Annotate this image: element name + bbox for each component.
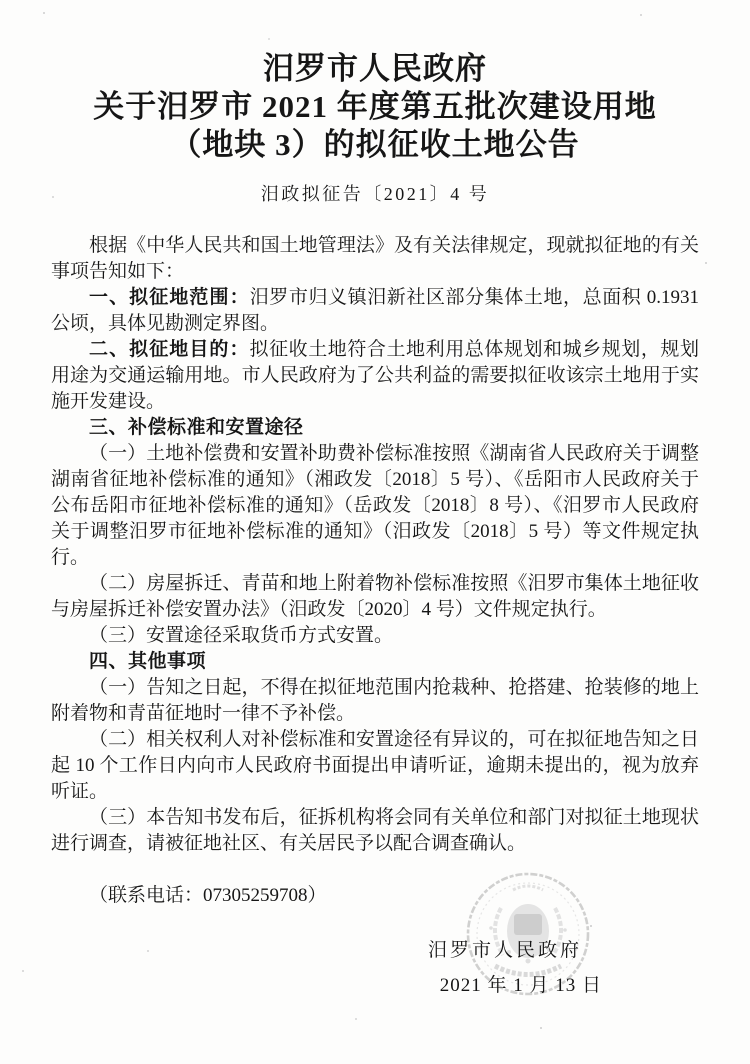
body-paragraph: （三）安置途径采取货币方式安置。	[51, 623, 699, 649]
body-paragraph: 四、其他事项	[51, 649, 699, 675]
paragraph-text: （三）安置途径采取货币方式安置。	[89, 625, 393, 646]
signature-block: 汨罗市人民政府 2021 年 1 月 13 日	[0, 933, 750, 1003]
paragraph-lead: 四、其他事项	[89, 651, 206, 672]
body-paragraph: 一、拟征地范围：汨罗市归义镇汨新社区部分集体土地，总面积 0.1931 公顷，具…	[51, 285, 699, 337]
body-paragraph: 根据《中华人民共和国土地管理法》及有关法律规定，现就拟征地的有关事项告知如下：	[51, 233, 699, 285]
title-line-3: （地块 3）的拟征收土地公告	[0, 126, 750, 164]
document-body: 根据《中华人民共和国土地管理法》及有关法律规定，现就拟征地的有关事项告知如下：一…	[51, 233, 699, 857]
title-line-1: 汨罗市人民政府	[0, 50, 750, 88]
paragraph-lead: 三、补偿标准和安置途径	[89, 417, 304, 438]
issuer-name: 汨罗市人民政府	[0, 933, 750, 968]
body-paragraph: （二）相关权利人对补偿标准和安置途径有异议的，可在拟征地告知之日起 10 个工作…	[51, 727, 699, 805]
paragraph-text: （二）房屋拆迁、青苗和地上附着物补偿标准按照《汨罗市集体土地征收与房屋拆迁补偿安…	[51, 573, 699, 620]
paragraph-text: 根据《中华人民共和国土地管理法》及有关法律规定，现就拟征地的有关事项告知如下：	[51, 235, 699, 282]
paragraph-text: （二）相关权利人对补偿标准和安置途径有异议的，可在拟征地告知之日起 10 个工作…	[51, 729, 699, 802]
body-paragraph: （二）房屋拆迁、青苗和地上附着物补偿标准按照《汨罗市集体土地征收与房屋拆迁补偿安…	[51, 571, 699, 623]
paragraph-text: （一）告知之日起，不得在拟征地范围内抢栽种、抢搭建、抢装修的地上附着物和青苗征地…	[51, 677, 699, 724]
issue-date: 2021 年 1 月 13 日	[0, 968, 750, 1003]
document-number: 汨政拟征告〔2021〕4 号	[0, 180, 750, 206]
contact-line: （联系电话：07305259708）	[51, 883, 699, 909]
paragraph-text: （一）土地补偿费和安置补助费补偿标准按照《湖南省人民政府关于调整湖南省征地补偿标…	[51, 443, 699, 568]
body-paragraph: （一）土地补偿费和安置补助费补偿标准按照《湖南省人民政府关于调整湖南省征地补偿标…	[51, 441, 699, 571]
body-paragraph: 三、补偿标准和安置途径	[51, 415, 699, 441]
paragraph-lead: 一、拟征地范围：	[89, 287, 250, 308]
title-line-2: 关于汨罗市 2021 年度第五批次建设用地	[0, 88, 750, 126]
paragraph-lead: 二、拟征地目的：	[89, 339, 250, 360]
document-title: 汨罗市人民政府 关于汨罗市 2021 年度第五批次建设用地 （地块 3）的拟征收…	[0, 0, 750, 164]
body-paragraph: （三）本告知书发布后，征拆机构将会同有关单位和部门对拟征土地现状进行调查，请被征…	[51, 805, 699, 857]
announcement-page: 汨罗市人民政府 关于汨罗市 2021 年度第五批次建设用地 （地块 3）的拟征收…	[0, 0, 750, 1064]
body-paragraph: （一）告知之日起，不得在拟征地范围内抢栽种、抢搭建、抢装修的地上附着物和青苗征地…	[51, 675, 699, 727]
paragraph-text: （三）本告知书发布后，征拆机构将会同有关单位和部门对拟征土地现状进行调查，请被征…	[51, 807, 699, 854]
body-paragraph: 二、拟征地目的：拟征收土地符合土地利用总体规划和城乡规划，规划用途为交通运输用地…	[51, 337, 699, 415]
